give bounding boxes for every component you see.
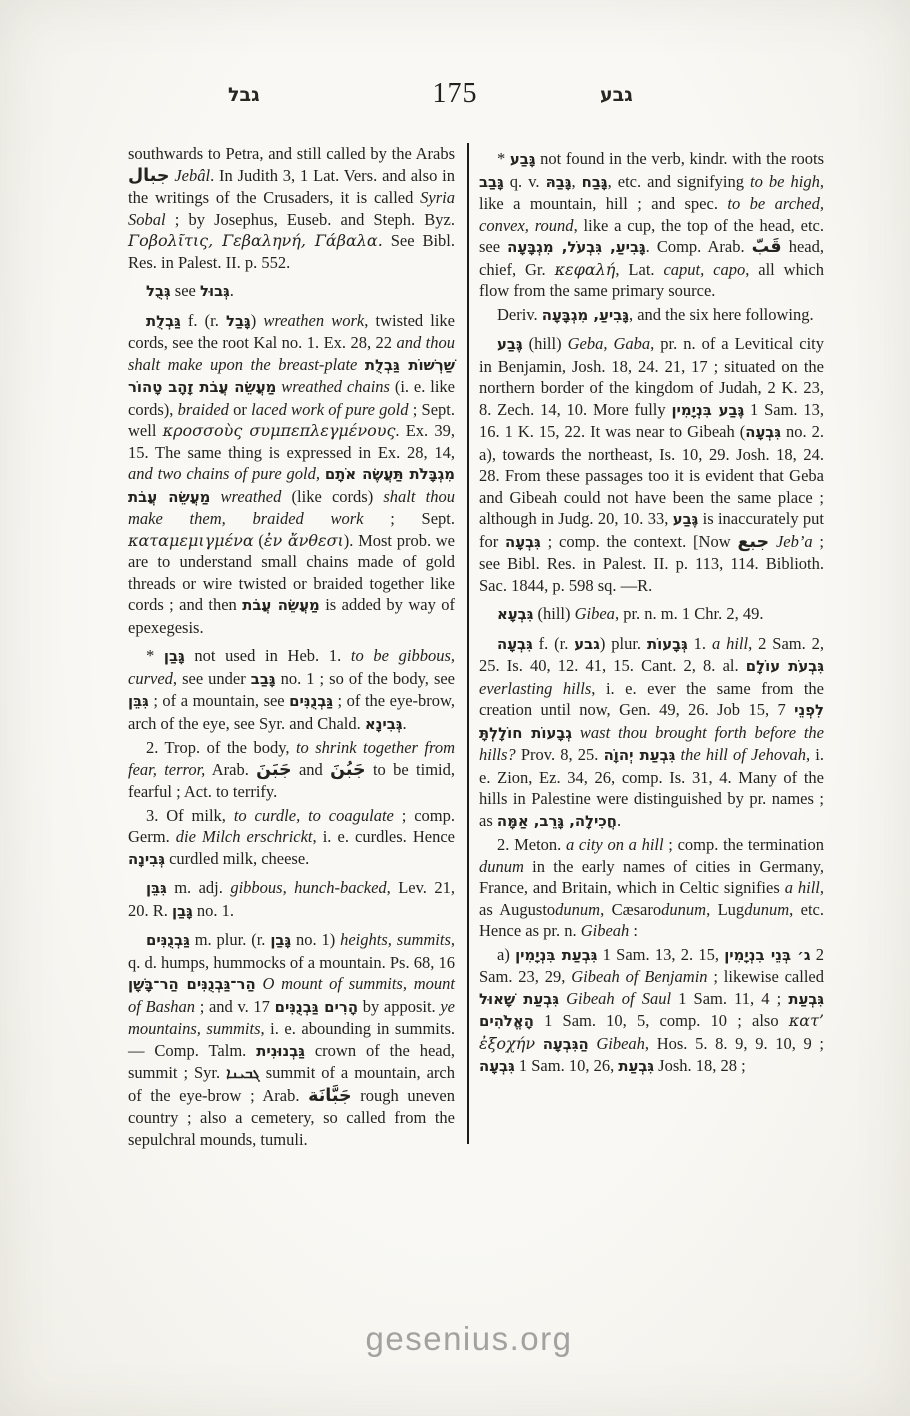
text-run: . [230,281,234,300]
entry-paragraph: גְּבֻל see גְּבוּל. [128,280,455,303]
italic-text: everlasting hills [479,679,591,698]
text-run: , see under [173,669,251,688]
italic-text: the hill of Jehovah [681,745,806,764]
italic-text: dunum [479,857,524,876]
hebrew-text: גַּבְנֻנִּים [289,692,333,710]
text-run: ; and v. 17 [195,997,275,1016]
arabic-text: جَبُنَ [330,760,365,780]
text-run: . Comp. Arab. [646,237,752,256]
text-run: not used in Heb. 1. [185,646,351,665]
text-run: ; Sept. [364,509,456,528]
text-run: ( [254,531,264,550]
hebrew-text: גָּבַהּ [546,173,572,191]
arabic-text: جَبَّانَة [308,1086,351,1106]
text-run: 1 Sam. 10, 5, comp. 10 ; also [534,1011,789,1030]
text-run: ; likewise called [708,967,824,986]
text-run: southwards to Petra, and still called by… [128,144,455,163]
italic-text: dunum [555,900,600,919]
hebrew-text: גִּבְעֹת עוֹלָם [746,657,824,675]
hebrew-text: חֲכִילָה, גָּרֵב, אַמָּה [497,812,617,830]
watermark: gesenius.org [14,1320,910,1358]
entry-paragraph: 2. Meton. a city on a hill ; comp. the t… [479,834,824,942]
text-run [572,723,580,742]
italic-text: to be high [750,172,820,191]
italic-text: wreathen work [263,311,364,330]
italic-text: heights, summits [340,930,451,949]
hebrew-text: ג׳ בְּנֵי בִנְיָמִין [724,946,810,964]
entry-paragraph: 2. Trop. of the body, to shrink together… [128,737,455,803]
text-run: , i. e. curdles. Hence [313,827,455,846]
text-run: no. 1 ; so of the body, see [276,669,455,688]
text-run: or [229,400,251,419]
greek-text: Γοβολῖτις, Γεβαληνή, Γάβαλα. [128,231,383,250]
text-run: , [571,172,581,191]
hebrew-text: גָּבַל [226,312,251,330]
text-run: (like cords) [281,487,383,506]
text-run [535,1034,543,1053]
hebrew-text: גְּבִינָה [128,850,165,868]
entry-paragraph: גֶּבַע (hill) Geba, Gaba, pr. n. of a Le… [479,333,824,596]
text-run: by apposit. [358,997,440,1016]
entry-paragraph: a) גִּבְעַת בִּנְיָמִין 1 Sam. 13, 2. 15… [479,944,824,1078]
entry-paragraph: גִּבֵּן m. adj. gibbous, hunch-backed, L… [128,877,455,922]
hebrew-text: גִּבְעַת [618,1057,654,1075]
hebrew-text: גָּבַע [510,150,536,168]
italic-text: Geba, Gaba [568,334,651,353]
text-run: ; comp. the context. [Now [541,532,738,551]
entry-paragraph: Deriv. גָּבִיעַ, מִגְבָּעָה, and the six… [479,304,824,327]
text-run: , etc. and signifying [608,172,750,191]
text-run: in the early names of cities in Germany,… [479,857,824,898]
arabic-text: جبال [128,166,169,186]
text-run: 2. Meton. [497,835,566,854]
italic-text: Gibeah [581,921,630,940]
text-run: see [171,281,200,300]
text-run [769,532,776,551]
text-run: f. (r. [533,634,575,653]
text-run: 3. Of milk, [146,806,234,825]
text-run: ; comp. the termination [664,835,824,854]
hebrew-text: גֶּבַע [497,335,523,353]
italic-text: caput, capo [663,260,745,279]
hebrew-text: גִּבֵּן [146,879,167,897]
italic-text: Gibeah [596,1034,645,1053]
text-columns: southwards to Petra, and still called by… [128,141,824,1150]
text-run: no. 1. [193,901,234,920]
text-run: Josh. 18, 28 ; [654,1056,746,1075]
entry-paragraph: גַּבְנֻנִּים m. plur. (r. גָּבַן no. 1) … [128,929,455,1150]
page-header: גבל 175 גבע [0,78,910,118]
text-run: (hill) [533,604,574,623]
entry-paragraph: גִּבְעָה f. (r. גבע) plur. גְּבָעוֹת 1. … [479,633,824,833]
text-run: m. plur. (r. [190,930,270,949]
hebrew-text: גַּבְנֻנִּים [146,931,190,949]
hebrew-text: גְּבָעוֹת [647,635,688,653]
hebrew-text: הַגִּבְעָה [543,1035,589,1053]
italic-text: Gibeah of Saul [566,989,671,1008]
text-run: 1 Sam. 13, 2. 15, [597,945,724,964]
italic-text: Jebâl [174,166,210,185]
hebrew-text: גִּבְעַת שָׁאוּל [479,990,559,1008]
italic-text: laced work of pure gold [251,400,408,419]
left-column: southwards to Petra, and still called by… [128,141,455,1150]
hebrew-text: גָּבַן [270,931,291,949]
hebrew-text: מַעֲשֵׂה עֲבֹת [242,596,320,614]
text-run: ; by Josephus, Euseb. and Steph. Byz. [166,210,455,229]
text-run: * [497,149,510,168]
page-number: 175 [0,78,910,110]
greek-text: κροσσοὺς συμπεπλεγμένους [163,421,396,440]
right-column: * גָּבַע not found in the verb, kindr. w… [479,141,824,1150]
italic-text: braided [178,400,229,419]
hebrew-text: גִּבְעָה [505,533,541,551]
greek-text: κεφαλή [555,260,616,279]
italic-text: a hill [785,878,820,897]
entry-paragraph: 3. Of milk, to curdle, to coagulate ; co… [128,805,455,871]
italic-text: wreathed [221,487,282,506]
italic-text: dunum [661,900,706,919]
text-run: , Cæsaro [600,900,661,919]
hebrew-text: גְּבִינָא [365,715,403,733]
italic-text: gibbous, hunch-backed [230,878,386,897]
text-run: 2. Trop. of the body, [146,738,296,757]
italic-text: Jeb’a [776,532,813,551]
italic-text: die Milch erschrickt [176,827,313,846]
text-run: Prov. 8, 25. [516,745,604,764]
column-divider-rule [467,143,469,1144]
hebrew-text: גִּבְעָא [497,605,533,623]
text-run: not found in the verb, kindr. with the r… [536,149,825,168]
arabic-text: جَبَنَ [256,760,291,780]
hebrew-text: גָּבַן [164,647,185,665]
entry-paragraph: גַּבְלֻת f. (r. גָּבַל) wreathen work, t… [128,310,455,639]
hebrew-text: גִּבֵּן [128,692,149,710]
arabic-text: جبع [737,532,769,552]
hebrew-text: גִּבְעָה [497,635,533,653]
text-run: , Hos. 5. 8. 9, 9. 10, 9 ; [645,1034,824,1053]
text-run: Deriv. [497,305,542,324]
text-run: . [402,714,406,733]
hebrew-text: גֶּבַע [673,510,699,528]
text-run: no. 1) [291,930,340,949]
italic-text: a hill [712,634,748,653]
syriac-text: ܓܒܝܢܐ [226,1064,260,1082]
hebrew-text: גָּבִיעַ, מִגְבָּעָה [542,306,629,324]
text-run: * [146,646,164,665]
hebrew-text: גִּבְעַת בִּנְיָמִין [515,946,597,964]
text-run: 1. [688,634,712,653]
greek-text: καταμεμιγμένα [128,531,254,550]
hebrew-text: גָּבַב [479,173,504,191]
text-run: and [292,760,330,779]
text-run: , Lug [706,900,744,919]
text-run: , pr. n. m. 1 Chr. 2, 49. [615,604,764,623]
text-run: m. adj. [167,878,231,897]
text-run: Arab. [205,760,256,779]
hebrew-text: גִּבְעָה [745,423,781,441]
italic-text: Gibea [575,604,615,623]
hebrew-text: גַּבְנוּנִית [256,1042,305,1060]
text-run: (hill) [523,334,568,353]
italic-text: and two chains of pure gold, [128,464,320,483]
text-run: q. v. [504,172,546,191]
italic-text: dunum [744,900,789,919]
scanned-page: גבל 175 גבע southwards to Petra, and sti… [0,0,910,1416]
header-keyword-right: גבע [600,84,633,106]
hebrew-text: הָרִים גַּבְנֻנִּים [275,998,358,1016]
entry-paragraph: * גָּבַע not found in the verb, kindr. w… [479,148,824,302]
entry-paragraph: southwards to Petra, and still called by… [128,143,455,273]
text-run: ) [251,311,264,330]
text-run: , Lat. [615,260,663,279]
hebrew-text: גִּבְעָה [479,1057,515,1075]
hebrew-text: גְּבֻל [146,282,171,300]
text-run: a) [497,945,515,964]
arabic-text: قَبّ [752,237,782,257]
italic-text: Gibeah of Benjamin [571,967,707,986]
hebrew-text: גבע [574,635,600,653]
text-run: f. (r. [181,311,226,330]
text-run: ) plur. [600,634,647,653]
hebrew-text: גִּבְעַת יְהוָֹה [604,746,676,764]
text-run: 1 Sam. 10, 26, [515,1056,619,1075]
text-run: curdled milk, cheese. [165,849,309,868]
text-run: 1 Sam. 11, 4 ; [671,989,788,1008]
hebrew-text: גֶּבַע בִּנְיָמִין [671,401,744,419]
hebrew-text: גָּבַן [172,902,193,920]
greek-text: ἐν ἄνθεσι [264,531,344,550]
italic-text: to curdle, to coagulate [234,806,394,825]
text-run: , and the six here following. [629,305,814,324]
hebrew-text: גְּבוּל [200,282,230,300]
text-run [210,487,220,506]
entry-paragraph: גִּבְעָא (hill) Gibea, pr. n. m. 1 Chr. … [479,603,824,626]
text-run: . [617,811,621,830]
hebrew-text: גַּבְלֻת [146,312,181,330]
text-run: ; of a mountain, see [149,691,289,710]
hebrew-text: גָּבַח [582,173,608,191]
hebrew-text: הַר־גַּבְנֻנִּים הַר־בָּשָׁן [128,975,256,993]
hebrew-text: גָּבִיעַ, גִּבְעֹל, מִגְבָּעָה [507,238,645,256]
hebrew-text: גָּבַב [251,670,276,688]
text-run: : [629,921,638,940]
entry-paragraph: * גָּבַן not used in Heb. 1. to be gibbo… [128,645,455,735]
italic-text: wreathed chains [281,377,390,396]
italic-text: a city on a hill [566,835,664,854]
